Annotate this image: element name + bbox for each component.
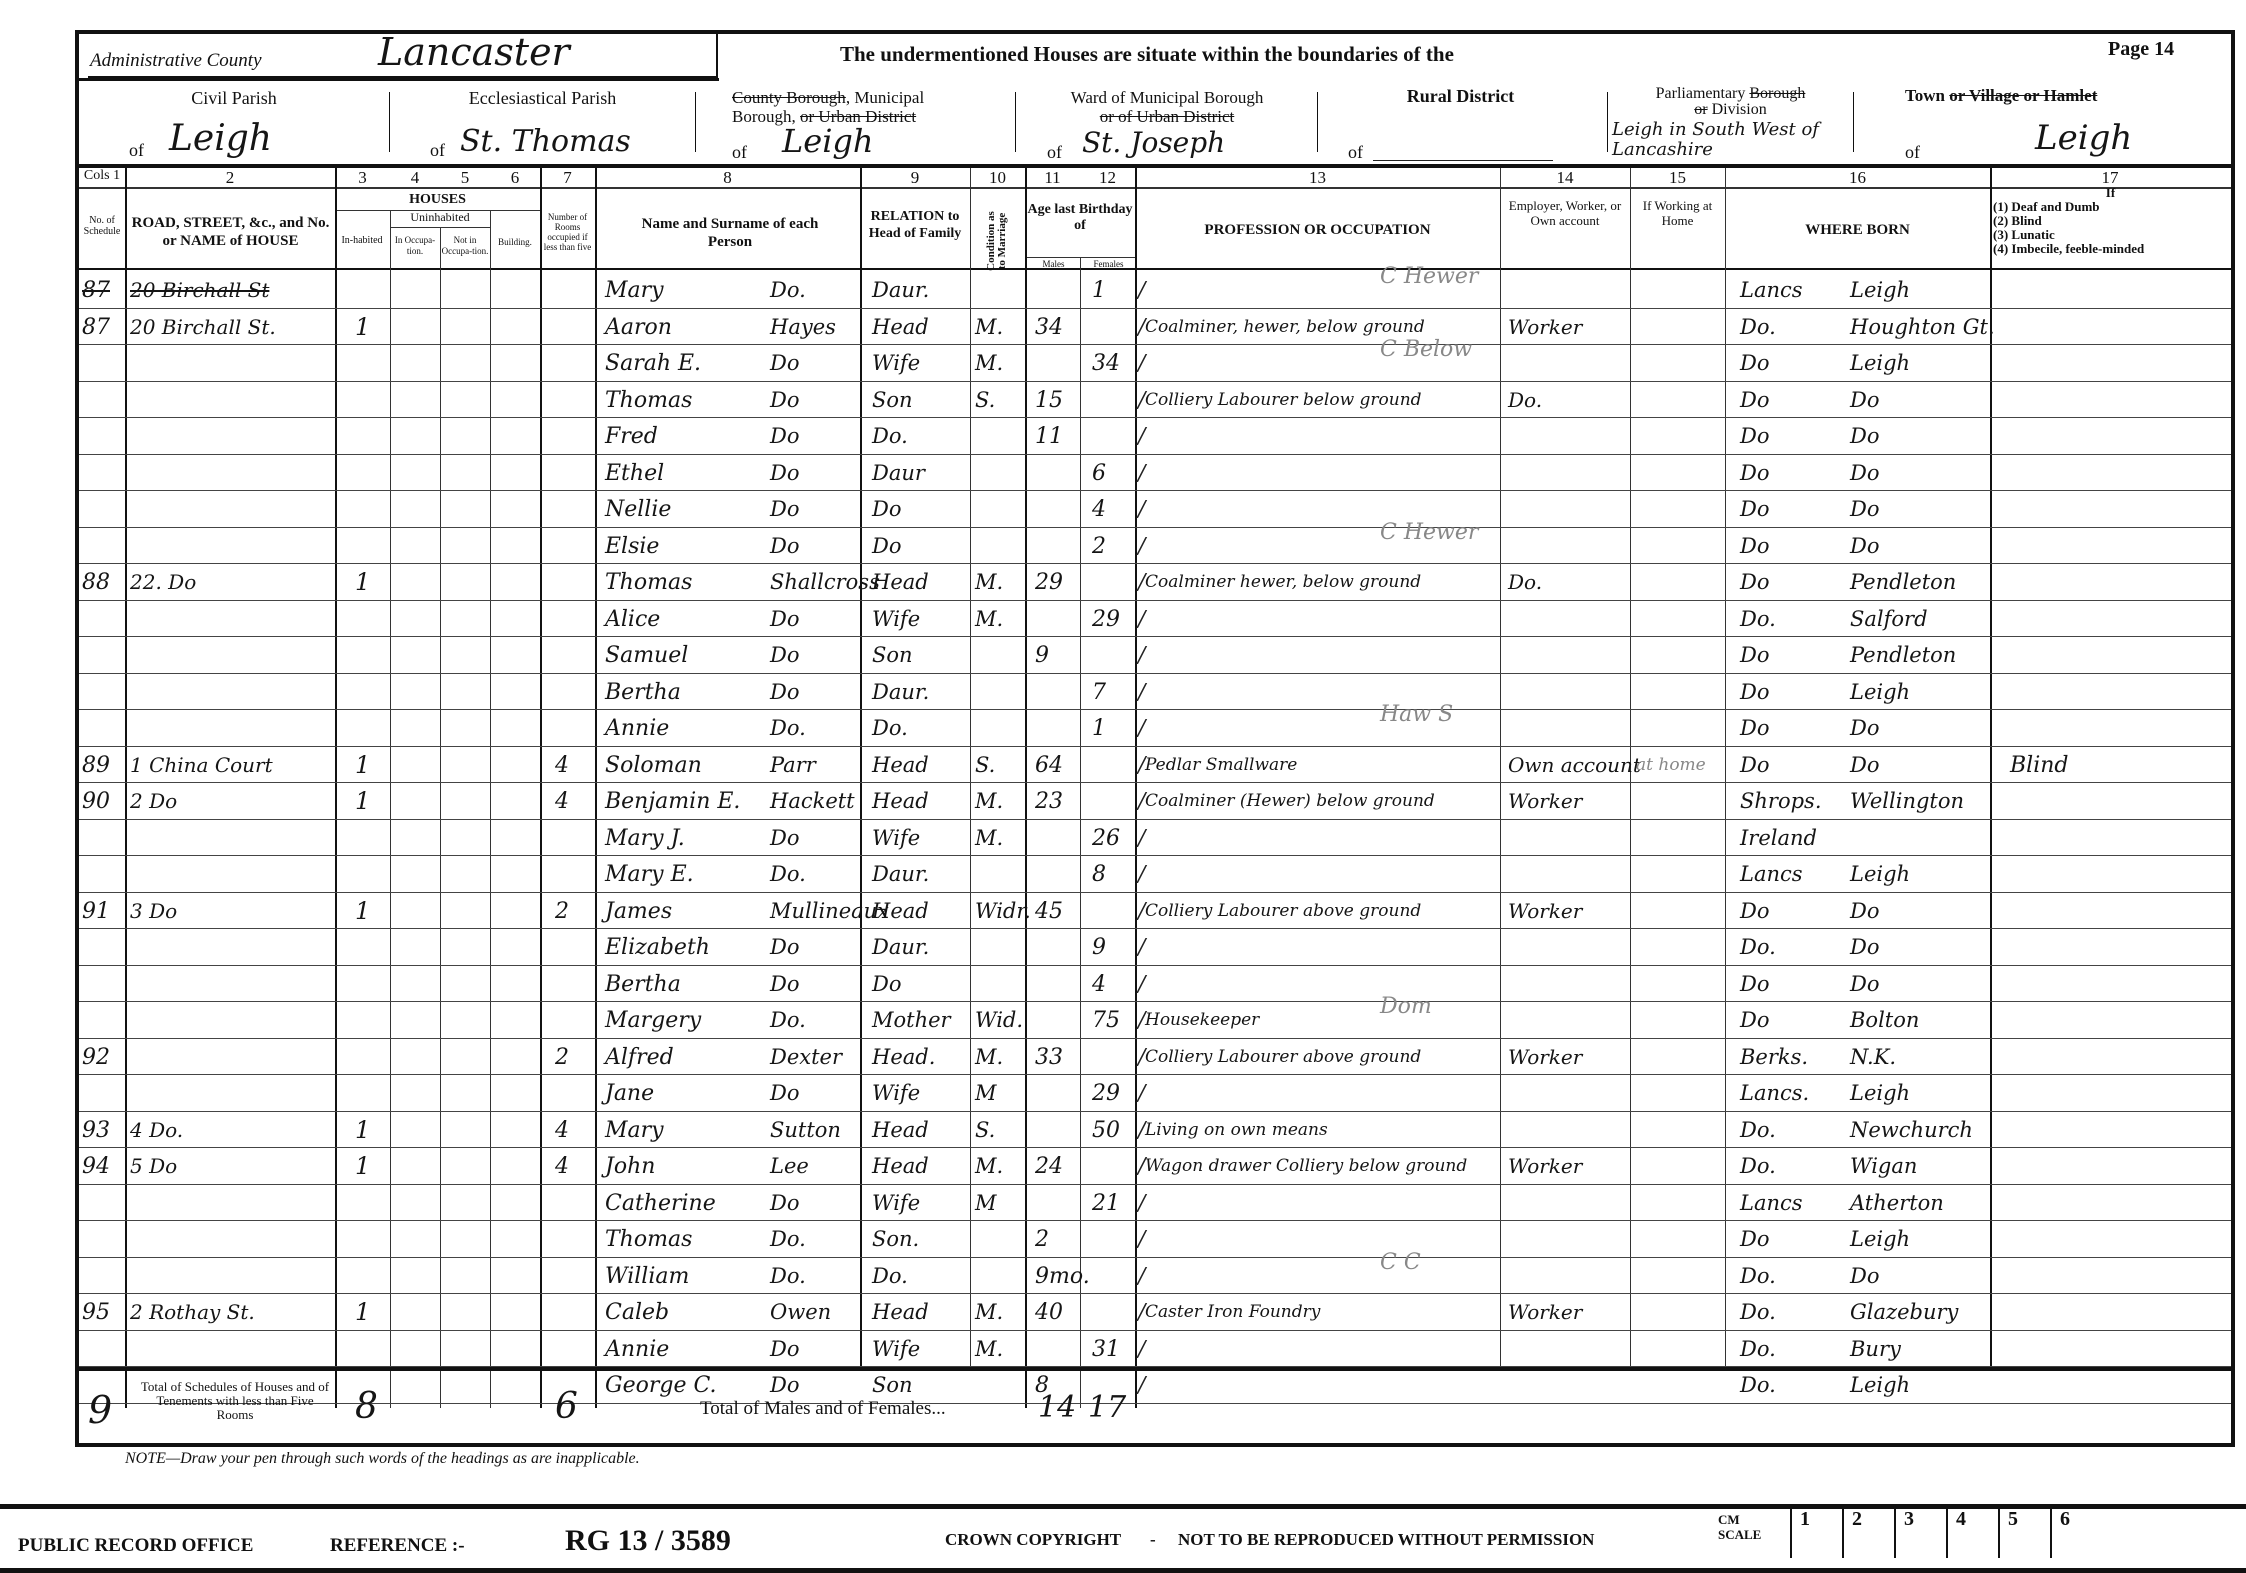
admin-county-divider — [716, 30, 718, 80]
born-county: Do — [1740, 893, 1769, 930]
person-surname: Do — [770, 491, 799, 528]
table-row: WilliamDo.Do.9mo.Do.DoC C∕ — [0, 1258, 2152, 1295]
relation-to-head: Do. — [872, 418, 908, 455]
relation-to-head: Do. — [872, 1258, 908, 1295]
total-males-females-label: Total of Males and of Females... — [700, 1398, 946, 1420]
ecclesiastical-parish-label: Ecclesiastical Parish — [390, 88, 695, 108]
born-place: Pendleton — [1850, 637, 1956, 674]
tally-tick-icon: ∕ — [1138, 637, 1145, 674]
female-age: 34 — [1092, 345, 1120, 382]
born-county: Do — [1740, 491, 1769, 528]
marital-condition: S. — [975, 1112, 995, 1149]
parliamentary-label-or-struck: or — [1694, 101, 1707, 118]
road-address: 20 Birchall St. — [130, 309, 276, 346]
male-age: 24 — [1035, 1148, 1063, 1185]
schedule-number: 87 — [82, 309, 110, 346]
colnum-12: 12 — [1080, 168, 1135, 188]
person-first-name: Mary — [605, 1112, 664, 1149]
col-header-inhabited: In-habited — [336, 235, 388, 246]
born-place: Do — [1850, 528, 1879, 565]
relation-to-head: Wife — [872, 820, 920, 857]
table-row: ElizabethDoDaur.9Do.Do∕ — [0, 929, 2152, 966]
inhabited-count: 1 — [355, 1112, 370, 1149]
colnum-7: 7 — [540, 168, 595, 188]
rural-district-of: of — [1348, 142, 1363, 163]
rural-district-line — [1373, 160, 1553, 161]
born-county: Do. — [1740, 1112, 1776, 1149]
schedule-number: 88 — [82, 564, 110, 601]
born-place: Glazebury — [1850, 1294, 1958, 1331]
born-county: Berks. — [1740, 1039, 1808, 1076]
tally-tick-icon: ∕ — [1138, 710, 1145, 747]
born-county: Do — [1740, 455, 1769, 492]
born-county: Do. — [1740, 1148, 1776, 1185]
infirmity-4: (4) Imbecile, feeble-minded — [1993, 242, 2228, 256]
relation-to-head: Do — [872, 528, 901, 565]
town-field: Town or Village or Hamlet of Leigh — [1855, 82, 2225, 167]
born-county: Do. — [1740, 601, 1776, 638]
infirmity: Blind — [2010, 747, 2069, 784]
table-row: ElsieDoDo2DoDoC Hewer∕ — [0, 528, 2152, 565]
column-header-bottom-rule — [79, 268, 2231, 270]
relation-to-head: Daur — [872, 455, 925, 492]
divider — [1015, 92, 1016, 152]
town-label-struck: or Village or Hamlet — [1949, 86, 2097, 105]
female-age: 50 — [1092, 1112, 1120, 1149]
person-surname: Do — [770, 637, 799, 674]
colnum-6: 6 — [490, 168, 540, 188]
occupation-pencil-code: C Below — [1380, 331, 1472, 368]
relation-to-head: Son — [872, 382, 913, 419]
marital-condition: M. — [975, 820, 1003, 857]
employer-status: Own account — [1508, 747, 1641, 784]
tally-tick-icon: ∕ — [1138, 856, 1145, 893]
tally-tick-icon: ∕ — [1138, 1148, 1145, 1185]
borough-label-struck: County Borough — [732, 88, 846, 107]
occupation: Colliery Labourer above ground — [1145, 893, 1421, 930]
female-age: 1 — [1092, 710, 1106, 747]
occupation-pencil-code: Haw S — [1380, 696, 1453, 733]
page-number: 14 — [2154, 38, 2174, 60]
employer-status: Do. — [1508, 382, 1542, 419]
ecclesiastical-parish-value: St. Thomas — [460, 124, 631, 159]
tally-tick-icon: ∕ — [1138, 929, 1145, 966]
born-place: Leigh — [1850, 1075, 1910, 1112]
born-place: Bolton — [1850, 1002, 1919, 1039]
table-row: CatherineDoWifeM21LancsAtherton∕ — [0, 1185, 2152, 1222]
person-first-name: Annie — [605, 710, 669, 747]
footer-separator: - — [1150, 1530, 1156, 1550]
person-first-name: Sarah E. — [605, 345, 701, 382]
occupation: Wagon drawer Colliery below ground — [1145, 1148, 1467, 1185]
town-value: Leigh — [2035, 118, 2132, 158]
col-header-building: Building. — [491, 237, 539, 248]
born-place: Leigh — [1850, 1367, 1910, 1404]
occupation-pencil-code: C C — [1380, 1244, 1421, 1281]
occupation: Caster Iron Foundry — [1145, 1294, 1320, 1331]
born-county: Do — [1740, 1221, 1769, 1258]
relation-to-head: Head — [872, 1294, 929, 1331]
col-header-working-home: If Working at Home — [1640, 198, 1715, 228]
born-place: Do — [1850, 929, 1879, 966]
person-first-name: William — [605, 1258, 689, 1295]
civil-parish-value: Leigh — [169, 118, 272, 159]
tally-tick-icon: ∕ — [1138, 1002, 1145, 1039]
relation-to-head: Wife — [872, 1075, 920, 1112]
person-first-name: Soloman — [605, 747, 702, 784]
schedule-number: 92 — [82, 1039, 110, 1076]
rural-district-label: Rural District — [1318, 86, 1603, 106]
person-first-name: Mary J. — [605, 820, 685, 857]
tally-tick-icon: ∕ — [1138, 1367, 1145, 1404]
person-first-name: Annie — [605, 1331, 669, 1368]
table-row: Sarah E.DoWifeM.34DoLeighC Below∕ — [0, 345, 2152, 382]
admin-county-label: Administrative County — [90, 50, 262, 72]
occupation: Coalminer hewer, below ground — [1145, 564, 1421, 601]
scale-label-scale: SCALE — [1718, 1527, 1761, 1542]
born-place: Houghton Gt. — [1850, 309, 1995, 346]
colnum-2: 2 — [125, 168, 335, 188]
born-place: Do — [1850, 491, 1879, 528]
admin-county-field: Administrative County Lancaster — [88, 38, 716, 79]
person-surname: Do — [770, 455, 799, 492]
inhabited-count: 1 — [355, 309, 370, 346]
born-county: Do. — [1740, 309, 1776, 346]
relation-to-head: Head — [872, 747, 929, 784]
born-county: Do. — [1740, 1367, 1776, 1404]
male-age: 40 — [1035, 1294, 1063, 1331]
born-county: Lancs — [1740, 856, 1803, 893]
table-row: AnnieDoWifeM.31Do.Bury∕ — [0, 1331, 2152, 1368]
relation-to-head: Son — [872, 637, 913, 674]
born-county: Do — [1740, 710, 1769, 747]
rooms-count: 2 — [555, 893, 569, 930]
born-county: Do. — [1740, 1294, 1776, 1331]
road-address: 20 Birchall St — [130, 272, 269, 309]
parliamentary-label: Parliamentary Borough or Division — [1608, 86, 1853, 118]
col-header-relation: RELATION to Head of Family — [865, 208, 965, 242]
scale-tick: 1 — [1790, 1508, 1840, 1558]
col-header-uninhabited: Uninhabited — [390, 212, 490, 223]
schedule-number: 93 — [82, 1112, 110, 1149]
employer-status: Worker — [1508, 1148, 1582, 1185]
person-first-name: Samuel — [605, 637, 688, 674]
colnum-3: 3 — [335, 168, 390, 188]
born-county: Do. — [1740, 929, 1776, 966]
person-surname: Do — [770, 674, 799, 711]
relation-to-head: Head — [872, 893, 929, 930]
person-surname: Do. — [770, 1258, 806, 1295]
colnum-4: 4 — [390, 168, 440, 188]
tally-tick-icon: ∕ — [1138, 1039, 1145, 1076]
male-age: 9mo. — [1035, 1258, 1090, 1295]
relation-to-head: Wife — [872, 1331, 920, 1368]
occupation: Colliery Labourer below ground — [1145, 382, 1422, 419]
tally-tick-icon: ∕ — [1138, 1112, 1145, 1149]
tally-tick-icon: ∕ — [1138, 491, 1145, 528]
relation-to-head: Do. — [872, 710, 908, 747]
ecclesiastical-parish-of: of — [430, 140, 445, 161]
table-row: Mary J.DoWifeM.26Ireland∕ — [0, 820, 2152, 857]
female-age: 21 — [1092, 1185, 1120, 1222]
relation-to-head: Head — [872, 1148, 929, 1185]
born-place: Salford — [1850, 601, 1928, 638]
person-first-name: Bertha — [605, 966, 681, 1003]
tally-tick-icon: ∕ — [1138, 272, 1145, 309]
relation-to-head: Son. — [872, 1221, 919, 1258]
female-age: 2 — [1092, 528, 1106, 565]
scale-tick: 5 — [1998, 1508, 2048, 1558]
table-row: JaneDoWifeM29Lancs.Leigh∕ — [0, 1075, 2152, 1112]
born-county: Do — [1740, 564, 1769, 601]
table-row: 945 Do14JohnLeeHeadM.24Wagon drawer Coll… — [0, 1148, 2152, 1185]
person-surname: Do. — [770, 1002, 806, 1039]
person-surname: Do. — [770, 710, 806, 747]
occupation: Colliery Labourer above ground — [1145, 1039, 1421, 1076]
person-surname: Dexter — [770, 1039, 842, 1076]
relation-to-head: Wife — [872, 1185, 920, 1222]
marital-condition: Wid. — [975, 1002, 1023, 1039]
tally-tick-icon: ∕ — [1138, 345, 1145, 382]
born-place: Newchurch — [1850, 1112, 1973, 1149]
born-place: Do — [1850, 747, 1879, 784]
total-males: 14 — [1038, 1390, 1076, 1425]
schedule-number: 90 — [82, 783, 110, 820]
relation-to-head: Wife — [872, 345, 920, 382]
male-age: 45 — [1035, 893, 1063, 930]
footer-office: PUBLIC RECORD OFFICE — [18, 1535, 253, 1557]
born-county: Do — [1740, 674, 1769, 711]
colnum-5: 5 — [440, 168, 490, 188]
parliamentary-label-struck: Borough — [1749, 85, 1805, 102]
male-age: 9 — [1035, 637, 1049, 674]
colnum-9: 9 — [860, 168, 970, 188]
footer-reference-value: RG 13 / 3589 — [565, 1524, 731, 1558]
female-age: 8 — [1092, 856, 1106, 893]
colnum-8: 8 — [595, 168, 860, 188]
ward-field: Ward of Municipal Borough or of Urban Di… — [1017, 82, 1317, 167]
person-first-name: Ethel — [605, 455, 664, 492]
person-first-name: Elizabeth — [605, 929, 710, 966]
borough-label: County Borough, Municipal Borough, or Ur… — [732, 88, 924, 126]
table-row: 8720 Birchall StMaryDo.Daur.1LancsLeighC… — [0, 272, 2152, 309]
person-first-name: Alice — [605, 601, 660, 638]
female-age: 75 — [1092, 1002, 1120, 1039]
col-header-age: Age last Birthday of — [1027, 202, 1133, 234]
female-age: 1 — [1092, 272, 1106, 309]
footer-scale-label: CM SCALE — [1718, 1512, 1761, 1542]
person-surname: Do — [770, 418, 799, 455]
born-county: Lancs. — [1740, 1075, 1809, 1112]
colnum-1: Cols 1 — [79, 168, 125, 184]
person-surname: Shallcross — [770, 564, 880, 601]
occupation: Coalminer (Hewer) below ground — [1145, 783, 1435, 820]
schedule-number: 91 — [82, 893, 110, 930]
col-header-houses: HOUSES — [335, 192, 540, 208]
col-header-in-occupation: In Occupa-tion. — [391, 235, 439, 257]
relation-to-head: Do — [872, 491, 901, 528]
col-header-road: ROAD, STREET, &c., and No. or NAME of HO… — [128, 214, 333, 250]
relation-to-head: Head — [872, 309, 929, 346]
occupation: Pedlar Smallware — [1145, 747, 1297, 784]
marital-condition: M. — [975, 1148, 1003, 1185]
female-age: 31 — [1092, 1331, 1120, 1368]
road-address: 2 Rothay St. — [130, 1294, 255, 1331]
inhabited-count: 1 — [355, 783, 370, 820]
male-age: 33 — [1035, 1039, 1063, 1076]
relation-to-head: Do — [872, 966, 901, 1003]
male-age: 15 — [1035, 382, 1063, 419]
table-row: FredDoDo.11DoDo∕ — [0, 418, 2152, 455]
relation-to-head: Daur. — [872, 272, 929, 309]
born-place: Pendleton — [1850, 564, 1956, 601]
condition-text: Condition as to Marriage — [986, 206, 1008, 276]
employer-status: Worker — [1508, 1039, 1582, 1076]
born-place: Leigh — [1850, 1221, 1910, 1258]
relation-to-head: Mother — [872, 1002, 951, 1039]
person-first-name: Margery — [605, 1002, 701, 1039]
rooms-count: 4 — [555, 1148, 569, 1185]
male-age: 23 — [1035, 783, 1063, 820]
tally-tick-icon: ∕ — [1138, 893, 1145, 930]
male-age: 11 — [1035, 418, 1063, 455]
born-place: Atherton — [1850, 1185, 1944, 1222]
born-place: Do — [1850, 455, 1879, 492]
col-header-not-in-occupation: Not in Occupa-tion. — [441, 235, 489, 257]
colnum-11: 11 — [1025, 168, 1080, 188]
born-county: Do — [1740, 637, 1769, 674]
borough-label-rest: , Municipal — [846, 88, 924, 107]
colnum-14: 14 — [1500, 168, 1630, 188]
table-row: 891 China Court14SolomanParrHeadS.64Pedl… — [0, 747, 2152, 784]
marital-condition: M. — [975, 1039, 1003, 1076]
person-surname: Do — [770, 345, 799, 382]
scale-tick: 3 — [1894, 1508, 1944, 1558]
person-surname: Do — [770, 528, 799, 565]
person-first-name: Jane — [605, 1075, 654, 1112]
tally-tick-icon: ∕ — [1138, 1294, 1145, 1331]
road-address: 22. Do — [130, 564, 196, 601]
colnum-16: 16 — [1725, 168, 1990, 188]
totals-top-rule — [79, 1367, 2231, 1371]
rooms-count: 2 — [555, 1039, 569, 1076]
scale-tick: 6 — [2050, 1508, 2100, 1558]
marital-condition: S. — [975, 747, 995, 784]
infirmity-1: (1) Deaf and Dumb — [1993, 200, 2228, 214]
civil-parish-of: of — [129, 140, 144, 161]
table-row: AliceDoWifeM.29Do.Salford∕ — [0, 601, 2152, 638]
tally-tick-icon: ∕ — [1138, 601, 1145, 638]
footer-reference-label: REFERENCE :- — [330, 1535, 465, 1557]
schedule-number: 89 — [82, 747, 110, 784]
table-row: NellieDoDo4DoDo∕ — [0, 491, 2152, 528]
borough-field: County Borough, Municipal Borough, or Ur… — [697, 82, 1017, 167]
col-header-name: Name and Surname of each Person — [620, 215, 840, 251]
person-first-name: Caleb — [605, 1294, 669, 1331]
person-surname: Do — [770, 820, 799, 857]
person-surname: Do. — [770, 856, 806, 893]
relation-to-head: Head — [872, 564, 929, 601]
table-row: 952 Rothay St.1CalebOwenHeadM.40Caster I… — [0, 1294, 2152, 1331]
colnum-10: 10 — [970, 168, 1025, 188]
born-place: Wellington — [1850, 783, 1964, 820]
col-header-condition: Condition as to Marriage — [970, 200, 1025, 270]
tally-tick-icon: ∕ — [1138, 564, 1145, 601]
person-first-name: Thomas — [605, 382, 692, 419]
road-address: 3 Do — [130, 893, 177, 930]
road-address: 5 Do — [130, 1148, 177, 1185]
person-first-name: Benjamin E. — [605, 783, 740, 820]
person-surname: Owen — [770, 1294, 831, 1331]
table-row: 934 Do.14MarySuttonHeadS.50Living on own… — [0, 1112, 2152, 1149]
occupation-pencil-code: C Hewer — [1380, 514, 1478, 551]
marital-condition: S. — [975, 382, 995, 419]
born-place: Bury — [1850, 1331, 1901, 1368]
banner-text: The undermentioned Houses are situate wi… — [840, 42, 1454, 67]
total-females: 17 — [1088, 1390, 1126, 1425]
person-first-name: Bertha — [605, 674, 681, 711]
employer-status: Worker — [1508, 1294, 1582, 1331]
total-schedules-count: 9 — [88, 1388, 112, 1432]
female-age: 9 — [1092, 929, 1106, 966]
tally-tick-icon: ∕ — [1138, 820, 1145, 857]
born-county: Shrops. — [1740, 783, 1822, 820]
tally-tick-icon: ∕ — [1138, 1075, 1145, 1112]
tally-tick-icon: ∕ — [1138, 674, 1145, 711]
divider — [1853, 92, 1854, 152]
inhabited-count: 1 — [355, 747, 370, 784]
inhabited-count: 1 — [355, 1294, 370, 1331]
road-address: 2 Do — [130, 783, 177, 820]
person-first-name: Nellie — [605, 491, 671, 528]
person-first-name: Fred — [605, 418, 658, 455]
borough-value: Leigh — [782, 122, 874, 160]
rooms-count: 4 — [555, 783, 569, 820]
marital-condition: M. — [975, 309, 1003, 346]
person-first-name: John — [605, 1148, 655, 1185]
col-header-infirmity: If (1) Deaf and Dumb (2) Blind (3) Lunat… — [1993, 186, 2228, 256]
civil-parish-label: Civil Parish — [79, 88, 389, 108]
person-surname: Do — [770, 1185, 799, 1222]
table-row: 8720 Birchall St.1AaronHayesHeadM.34Coal… — [0, 309, 2152, 346]
person-first-name: Mary E. — [605, 856, 694, 893]
footer-restriction: NOT TO BE REPRODUCED WITHOUT PERMISSION — [1178, 1530, 1594, 1550]
col-header-rooms: Number of Rooms occupied if less than fi… — [541, 212, 594, 252]
male-age: 64 — [1035, 747, 1063, 784]
female-age: 4 — [1092, 491, 1106, 528]
scale-label-cm: CM — [1718, 1512, 1761, 1527]
person-surname: Do — [770, 1331, 799, 1368]
inhabited-count: 1 — [355, 564, 370, 601]
male-age: 34 — [1035, 309, 1063, 346]
parliamentary-value: Leigh in South West of Lancashire — [1612, 120, 1852, 160]
born-place: Wigan — [1850, 1148, 1917, 1185]
ecclesiastical-parish-field: Ecclesiastical Parish of St. Thomas — [390, 82, 695, 167]
female-age: 29 — [1092, 1075, 1120, 1112]
relation-to-head: Daur. — [872, 674, 929, 711]
tally-tick-icon: ∕ — [1138, 1331, 1145, 1368]
person-first-name: Mary — [605, 272, 664, 309]
inhabited-count: 1 — [355, 893, 370, 930]
person-surname: Lee — [770, 1148, 809, 1185]
born-place: Leigh — [1850, 272, 1910, 309]
schedule-number: 95 — [82, 1294, 110, 1331]
tally-tick-icon: ∕ — [1138, 455, 1145, 492]
relation-to-head: Wife — [872, 601, 920, 638]
born-county: Do — [1740, 747, 1769, 784]
colnum-13: 13 — [1135, 168, 1500, 188]
person-surname: Do — [770, 382, 799, 419]
